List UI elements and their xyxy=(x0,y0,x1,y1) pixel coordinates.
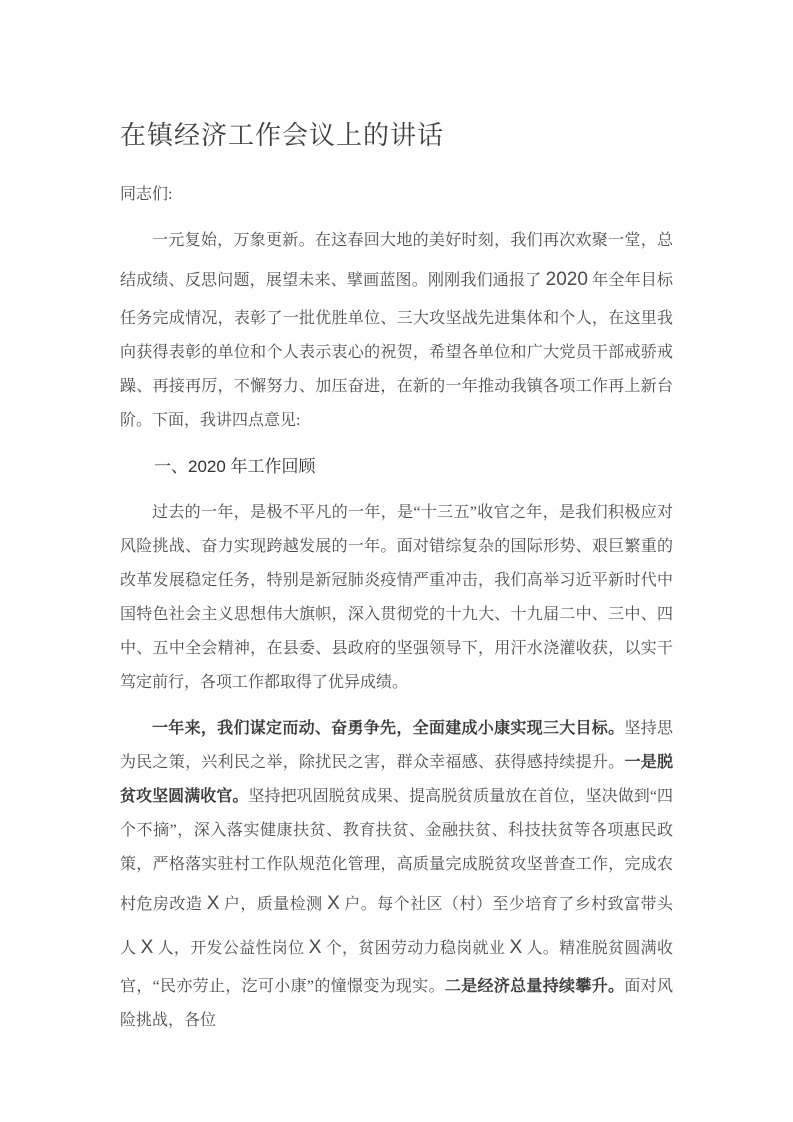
bold-text-run: 一年来，我们谋定而动、奋勇争先，全面建成小康实现三大目标。 xyxy=(152,720,624,737)
document-paragraph: 一年来，我们谋定而动、奋勇争先，全面建成小康实现三大目标。坚持思为民之策，兴利民… xyxy=(120,712,673,1038)
text-run: 个，贫困劳动力稳岗就业 xyxy=(321,940,509,957)
latin-text-run: X xyxy=(207,893,220,914)
latin-text-run: X xyxy=(141,937,154,958)
text-run: 年全年目标任务完成情况，表彰了一批优胜单位、三大攻坚战先进集体和个人，在这里我向… xyxy=(120,272,673,429)
latin-text-run: X xyxy=(509,937,522,958)
latin-text-run: X xyxy=(327,893,340,914)
bold-text-run: 二是经济总量持续攀升。 xyxy=(445,978,624,995)
latin-text-run: 2020 xyxy=(546,269,588,290)
document-paragraph: 过去的一年，是极不平凡的一年，是“十三五”收官之年，是我们积极应对风险挑战、奋力… xyxy=(120,496,673,700)
latin-text-run: X xyxy=(309,937,322,958)
text-run: 同志们: xyxy=(120,186,172,203)
document-page: 在镇经济工作会议上的讲话 同志们:一元复始，万象更新。在这春回大地的美好时刻，我… xyxy=(0,0,793,1122)
document-paragraph: 一元复始，万象更新。在这春回大地的美好时刻，我们再次欢聚一堂，总结成绩、反思问题… xyxy=(120,224,673,438)
text-run: 人，开发公益性岗位 xyxy=(153,940,308,957)
salutation: 同志们: xyxy=(120,178,673,212)
text-run: 过去的一年，是极不平凡的一年，是“十三五”收官之年，是我们积极应对风险挑战、奋力… xyxy=(120,504,673,691)
section-heading: 一、2020 年工作回顾 xyxy=(120,450,673,484)
document-title: 在镇经济工作会议上的讲话 xyxy=(120,118,673,152)
text-run: 一、2020 年工作回顾 xyxy=(154,457,316,476)
text-run: 坚持把巩固脱贫成果、提高脱贫质量放在首位，坚决做到“四个不摘”，深入落实健康扶贫… xyxy=(120,788,673,913)
document-body: 同志们:一元复始，万象更新。在这春回大地的美好时刻，我们再次欢聚一堂，总结成绩、… xyxy=(120,178,673,1038)
text-run: 户，质量检测 xyxy=(219,896,327,913)
